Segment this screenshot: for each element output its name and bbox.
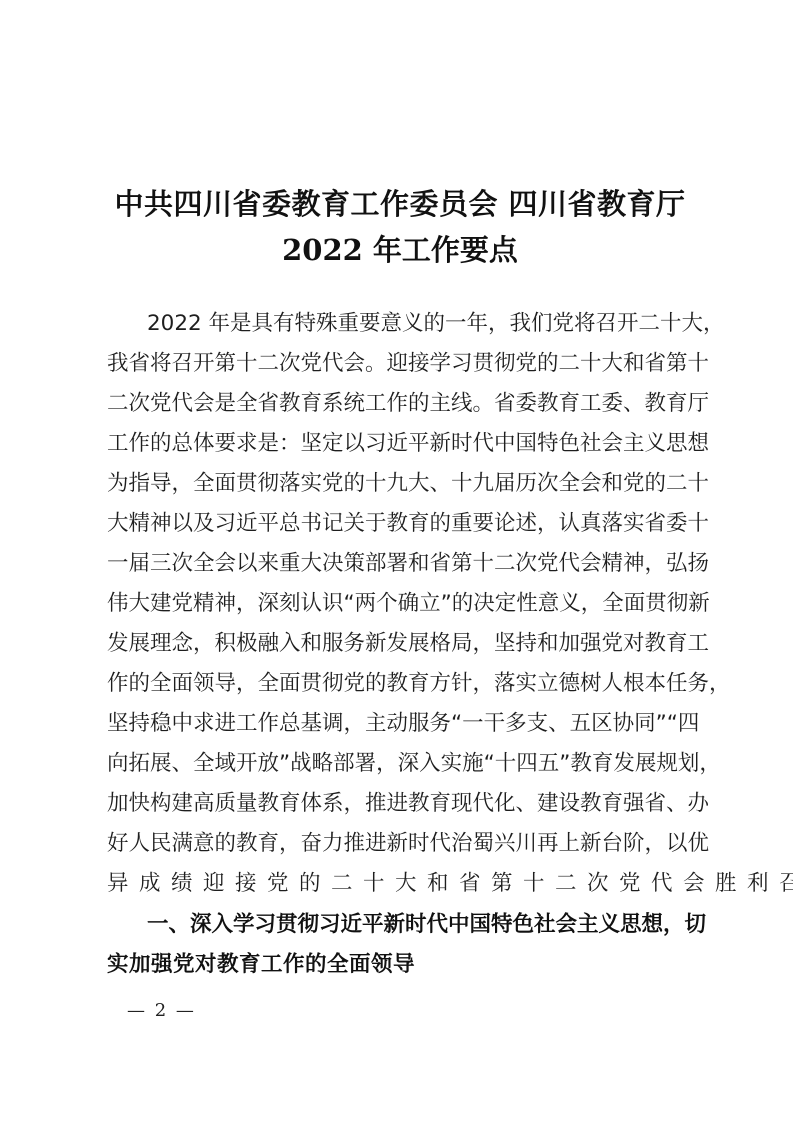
- paragraph-line: 坚持稳中求进工作总基调，主动服务“一干多支、五区协同”“四: [107, 704, 691, 744]
- paragraph-line: 加快构建高质量教育体系，推进教育现代化、建设教育强省、办: [107, 784, 691, 824]
- page-number: — 2 —: [127, 1000, 196, 1021]
- paragraph-line: 异成绩迎接党的二十大和省第十二次党代会胜利召开。: [107, 864, 691, 904]
- section-1-heading: 一、深入学习贯彻习近平新时代中国特色社会主义思想，切 实加强党对教育工作的全面领…: [107, 905, 691, 985]
- paragraph-line: 一届三次全会以来重大决策部署和省第十二次党代会精神，弘扬: [107, 544, 691, 584]
- paragraph-line: 伟大建党精神，深刻认识“两个确立”的决定性意义，全面贯彻新: [107, 584, 691, 624]
- paragraph-line: 好人民满意的教育，奋力推进新时代治蜀兴川再上新台阶，以优: [107, 824, 691, 864]
- paragraph-line: 作的全面领导，全面贯彻党的教育方针，落实立德树人根本任务，: [107, 664, 691, 704]
- paragraph-line: 为指导，全面贯彻落实党的十九大、十九届历次全会和党的二十: [107, 464, 691, 504]
- document-page: 中共四川省委教育工作委员会 四川省教育厅 2022 年工作要点 2022 年是具…: [0, 0, 793, 1122]
- paragraph-line: 发展理念，积极融入和服务新发展格局，坚持和加强党对教育工: [107, 624, 691, 664]
- document-title-line-1: 中共四川省委教育工作委员会 四川省教育厅: [100, 182, 700, 223]
- paragraph-line: 我省将召开第十二次党代会。迎接学习贯彻党的二十大和省第十: [107, 344, 691, 384]
- heading-line: 实加强党对教育工作的全面领导: [107, 945, 691, 985]
- paragraph-line: 大精神以及习近平总书记关于教育的重要论述，认真落实省委十: [107, 504, 691, 544]
- intro-paragraph: 2022 年是具有特殊重要意义的一年，我们党将召开二十大， 我省将召开第十二次党…: [107, 304, 691, 904]
- paragraph-line: 向拓展、全域开放”战略部署，深入实施“十四五”教育发展规划，: [107, 744, 691, 784]
- document-title-line-2: 2022 年工作要点: [100, 228, 700, 269]
- paragraph-line: 2022 年是具有特殊重要意义的一年，我们党将召开二十大，: [107, 304, 691, 344]
- paragraph-line: 工作的总体要求是：坚定以习近平新时代中国特色社会主义思想: [107, 424, 691, 464]
- heading-line: 一、深入学习贯彻习近平新时代中国特色社会主义思想，切: [107, 905, 691, 945]
- paragraph-line: 二次党代会是全省教育系统工作的主线。省委教育工委、教育厅: [107, 384, 691, 424]
